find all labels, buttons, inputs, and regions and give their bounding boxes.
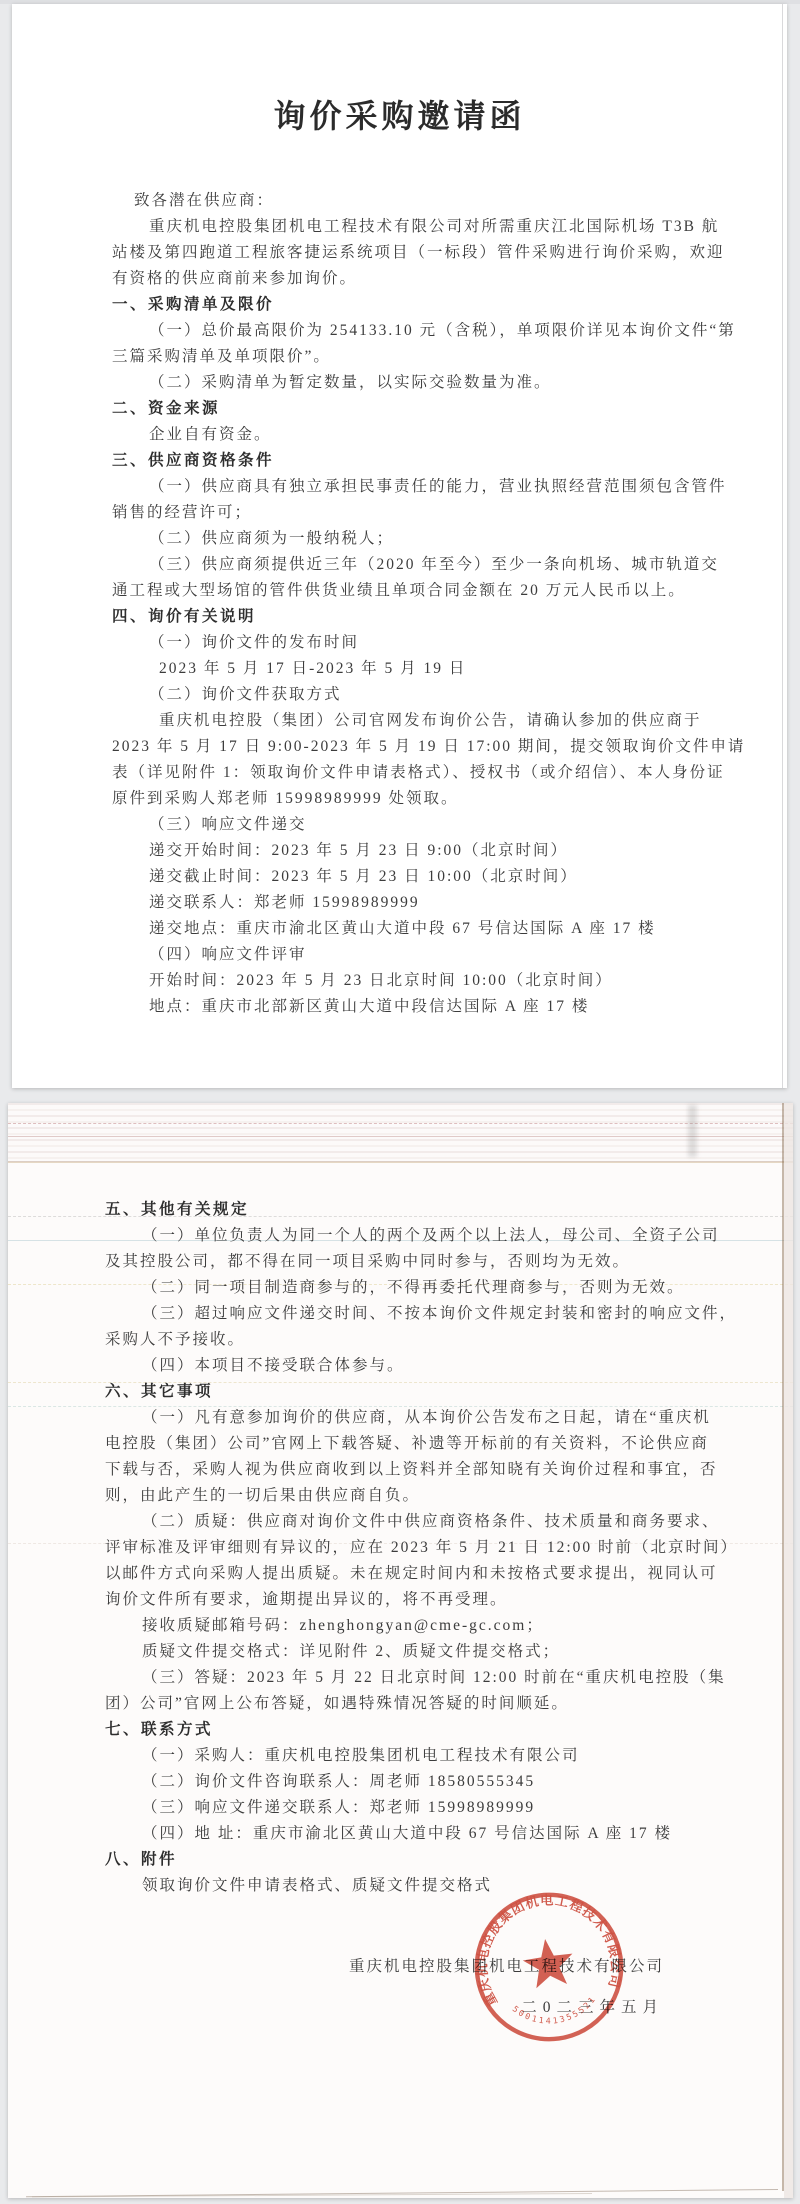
text-line: 电控股（集团）公司”官网上下载答疑、补遗等开标前的有关资料，不论供应商 [105, 1431, 760, 1457]
scan-artifact-line [8, 1162, 793, 1163]
text-line: 询价文件所有要求，逾期提出异议的，将不再受理。 [105, 1587, 760, 1613]
text-line: 递交截止时间：2023 年 5 月 23 日 10:00（北京时间） [112, 864, 762, 890]
text-line: （一）总价最高限价为 254133.10 元（含税），单项限价详见本询价文件“第 [112, 318, 762, 344]
text-line: 重庆机电控股（集团）公司官网发布询价公告，请确认参加的供应商于 [112, 708, 762, 734]
text-line: 四、询价有关说明 [112, 604, 762, 630]
text-line: 站楼及第四跑道工程旅客捷运系统项目（一标段）管件采购进行询价采购，欢迎 [112, 240, 762, 266]
svg-text:5001141355521: 5001141355521 [510, 1992, 601, 2031]
scan-edge-strip [784, 1103, 793, 2198]
document-page-2: 五、其他有关规定（一）单位负责人为同一个人的两个及两个以上法人，母公司、全资子公… [8, 1103, 793, 2198]
text-line: （一）询价文件的发布时间 [112, 630, 762, 656]
text-line: 领取询价文件申请表格式、质疑文件提交格式 [105, 1873, 760, 1899]
text-line: 递交联系人：郑老师 15998989999 [112, 890, 762, 916]
text-line: 五、其他有关规定 [105, 1197, 760, 1223]
text-line: （一）供应商具有独立承担民事责任的能力，营业执照经营范围须包含管件 [112, 474, 762, 500]
text-line: 2023 年 5 月 17 日-2023 年 5 月 19 日 [112, 656, 762, 682]
text-line: 递交开始时间：2023 年 5 月 23 日 9:00（北京时间） [112, 838, 762, 864]
text-line: 递交地点：重庆市渝北区黄山大道中段 67 号信达国际 A 座 17 楼 [112, 916, 762, 942]
scan-artifact-band [8, 1103, 793, 1162]
text-line: 七、联系方式 [105, 1717, 760, 1743]
text-line: 质疑文件提交格式：详见附件 2、质疑文件提交格式； [105, 1639, 760, 1665]
text-line: 八、附件 [105, 1847, 760, 1873]
text-line: （四）地 址：重庆市渝北区黄山大道中段 67 号信达国际 A 座 17 楼 [105, 1821, 760, 1847]
text-line: （三）答疑：2023 年 5 月 22 日北京时间 12:00 时前在“重庆机电… [105, 1665, 760, 1691]
text-line: 有资格的供应商前来参加询价。 [112, 266, 762, 292]
text-line: （三）响应文件递交 [112, 812, 762, 838]
page1-scan-edge-line [782, 4, 783, 1088]
text-line: （二）供应商须为一般纳税人； [112, 526, 762, 552]
scan-artifact-line [8, 1136, 793, 1137]
text-line: 一、采购清单及限价 [112, 292, 762, 318]
text-line: （三）响应文件递交联系人：郑老师 15998989999 [105, 1795, 760, 1821]
text-line: （一）采购人：重庆机电控股集团机电工程技术有限公司 [105, 1743, 760, 1769]
text-line: （二）采购清单为暂定数量，以实际交验数量为准。 [112, 370, 762, 396]
text-line: 企业自有资金。 [112, 422, 762, 448]
page1-body-text: 致各潜在供应商：重庆机电控股集团机电工程技术有限公司对所需重庆江北国际机场 T3… [112, 188, 762, 1020]
text-line: 表（详见附件 1：领取询价文件申请表格式）、授权书（或介绍信）、本人身份证 [112, 760, 762, 786]
text-line: （二）质疑：供应商对询价文件中供应商资格条件、技术质量和商务要求、 [105, 1509, 760, 1535]
text-line: 以邮件方式向采购人提出质疑。未在规定时间内和未按格式要求提出，视同认可 [105, 1561, 760, 1587]
scan-artifact-line [8, 1123, 793, 1124]
text-line: （一）单位负责人为同一个人的两个及两个以上法人，母公司、全资子公司 [105, 1223, 760, 1249]
text-line: 通工程或大型场馆的管件供货业绩且单项合同金额在 20 万元人民币以上。 [112, 578, 762, 604]
text-line: （四）响应文件评审 [112, 942, 762, 968]
text-line: （二）询价文件获取方式 [112, 682, 762, 708]
text-line: 采购人不予接收。 [105, 1327, 760, 1353]
text-line: 原件到采购人郑老师 15998989999 处领取。 [112, 786, 762, 812]
text-line: （一）凡有意参加询价的供应商，从本询价公告发布之日起，请在“重庆机 [105, 1405, 760, 1431]
text-line: （三）供应商须提供近三年（2020 年至今）至少一条向机场、城市轨道交 [112, 552, 762, 578]
company-seal-stamp: 重庆机电控股集团机电工程技术有限公司 5001141355521 [461, 1879, 637, 2055]
text-line: 评审标准及评审细则有异议的，应在 2023 年 5 月 21 日 12:00 时… [105, 1535, 760, 1561]
text-line: 接收质疑邮箱号码：zhenghongyan@cme-gc.com； [105, 1613, 760, 1639]
text-line: 则，由此产生的一切后果由供应商自负。 [105, 1483, 760, 1509]
text-line: 销售的经营许可； [112, 500, 762, 526]
document-page-1: 询价采购邀请函 致各潜在供应商：重庆机电控股集团机电工程技术有限公司对所需重庆江… [12, 4, 787, 1088]
text-line: 重庆机电控股集团机电工程技术有限公司对所需重庆江北国际机场 T3B 航 [112, 214, 762, 240]
text-line: （二）同一项目制造商参与的，不得再委托代理商参与，否则为无效。 [105, 1275, 760, 1301]
text-line: 及其控股公司，都不得在同一项目采购中同时参与，否则均为无效。 [105, 1249, 760, 1275]
text-line: 二、资金来源 [112, 396, 762, 422]
text-line: 三、供应商资格条件 [112, 448, 762, 474]
stamp-serial-number: 5001141355521 [510, 1992, 601, 2031]
text-line: 团）公司”官网上公布答疑，如遇特殊情况答疑的时间顺延。 [105, 1691, 760, 1717]
text-line: 2023 年 5 月 17 日 9:00-2023 年 5 月 19 日 17:… [112, 734, 762, 760]
text-line: 致各潜在供应商： [112, 188, 762, 214]
page2-body-text: 五、其他有关规定（一）单位负责人为同一个人的两个及两个以上法人，母公司、全资子公… [105, 1197, 760, 1899]
text-line: 六、其它事项 [105, 1379, 760, 1405]
scan-smudge [688, 1105, 697, 1157]
text-line: （三）超过响应文件递交时间、不按本询价文件规定封装和密封的响应文件， [105, 1301, 760, 1327]
star-icon [520, 1936, 576, 1990]
text-line: 开始时间：2023 年 5 月 23 日北京时间 10:00（北京时间） [112, 968, 762, 994]
text-line: 地点：重庆市北部新区黄山大道中段信达国际 A 座 17 楼 [112, 994, 762, 1020]
text-line: （四）本项目不接受联合体参与。 [105, 1353, 760, 1379]
text-line: 下载与否，采购人视为供应商收到以上资料并全部知晓有关询价过程和事宜，否 [105, 1457, 760, 1483]
document-title: 询价采购邀请函 [12, 96, 787, 136]
text-line: 三篇采购清单及单项限价”。 [112, 344, 762, 370]
text-line: （二）询价文件咨询联系人：周老师 18580555345 [105, 1769, 760, 1795]
